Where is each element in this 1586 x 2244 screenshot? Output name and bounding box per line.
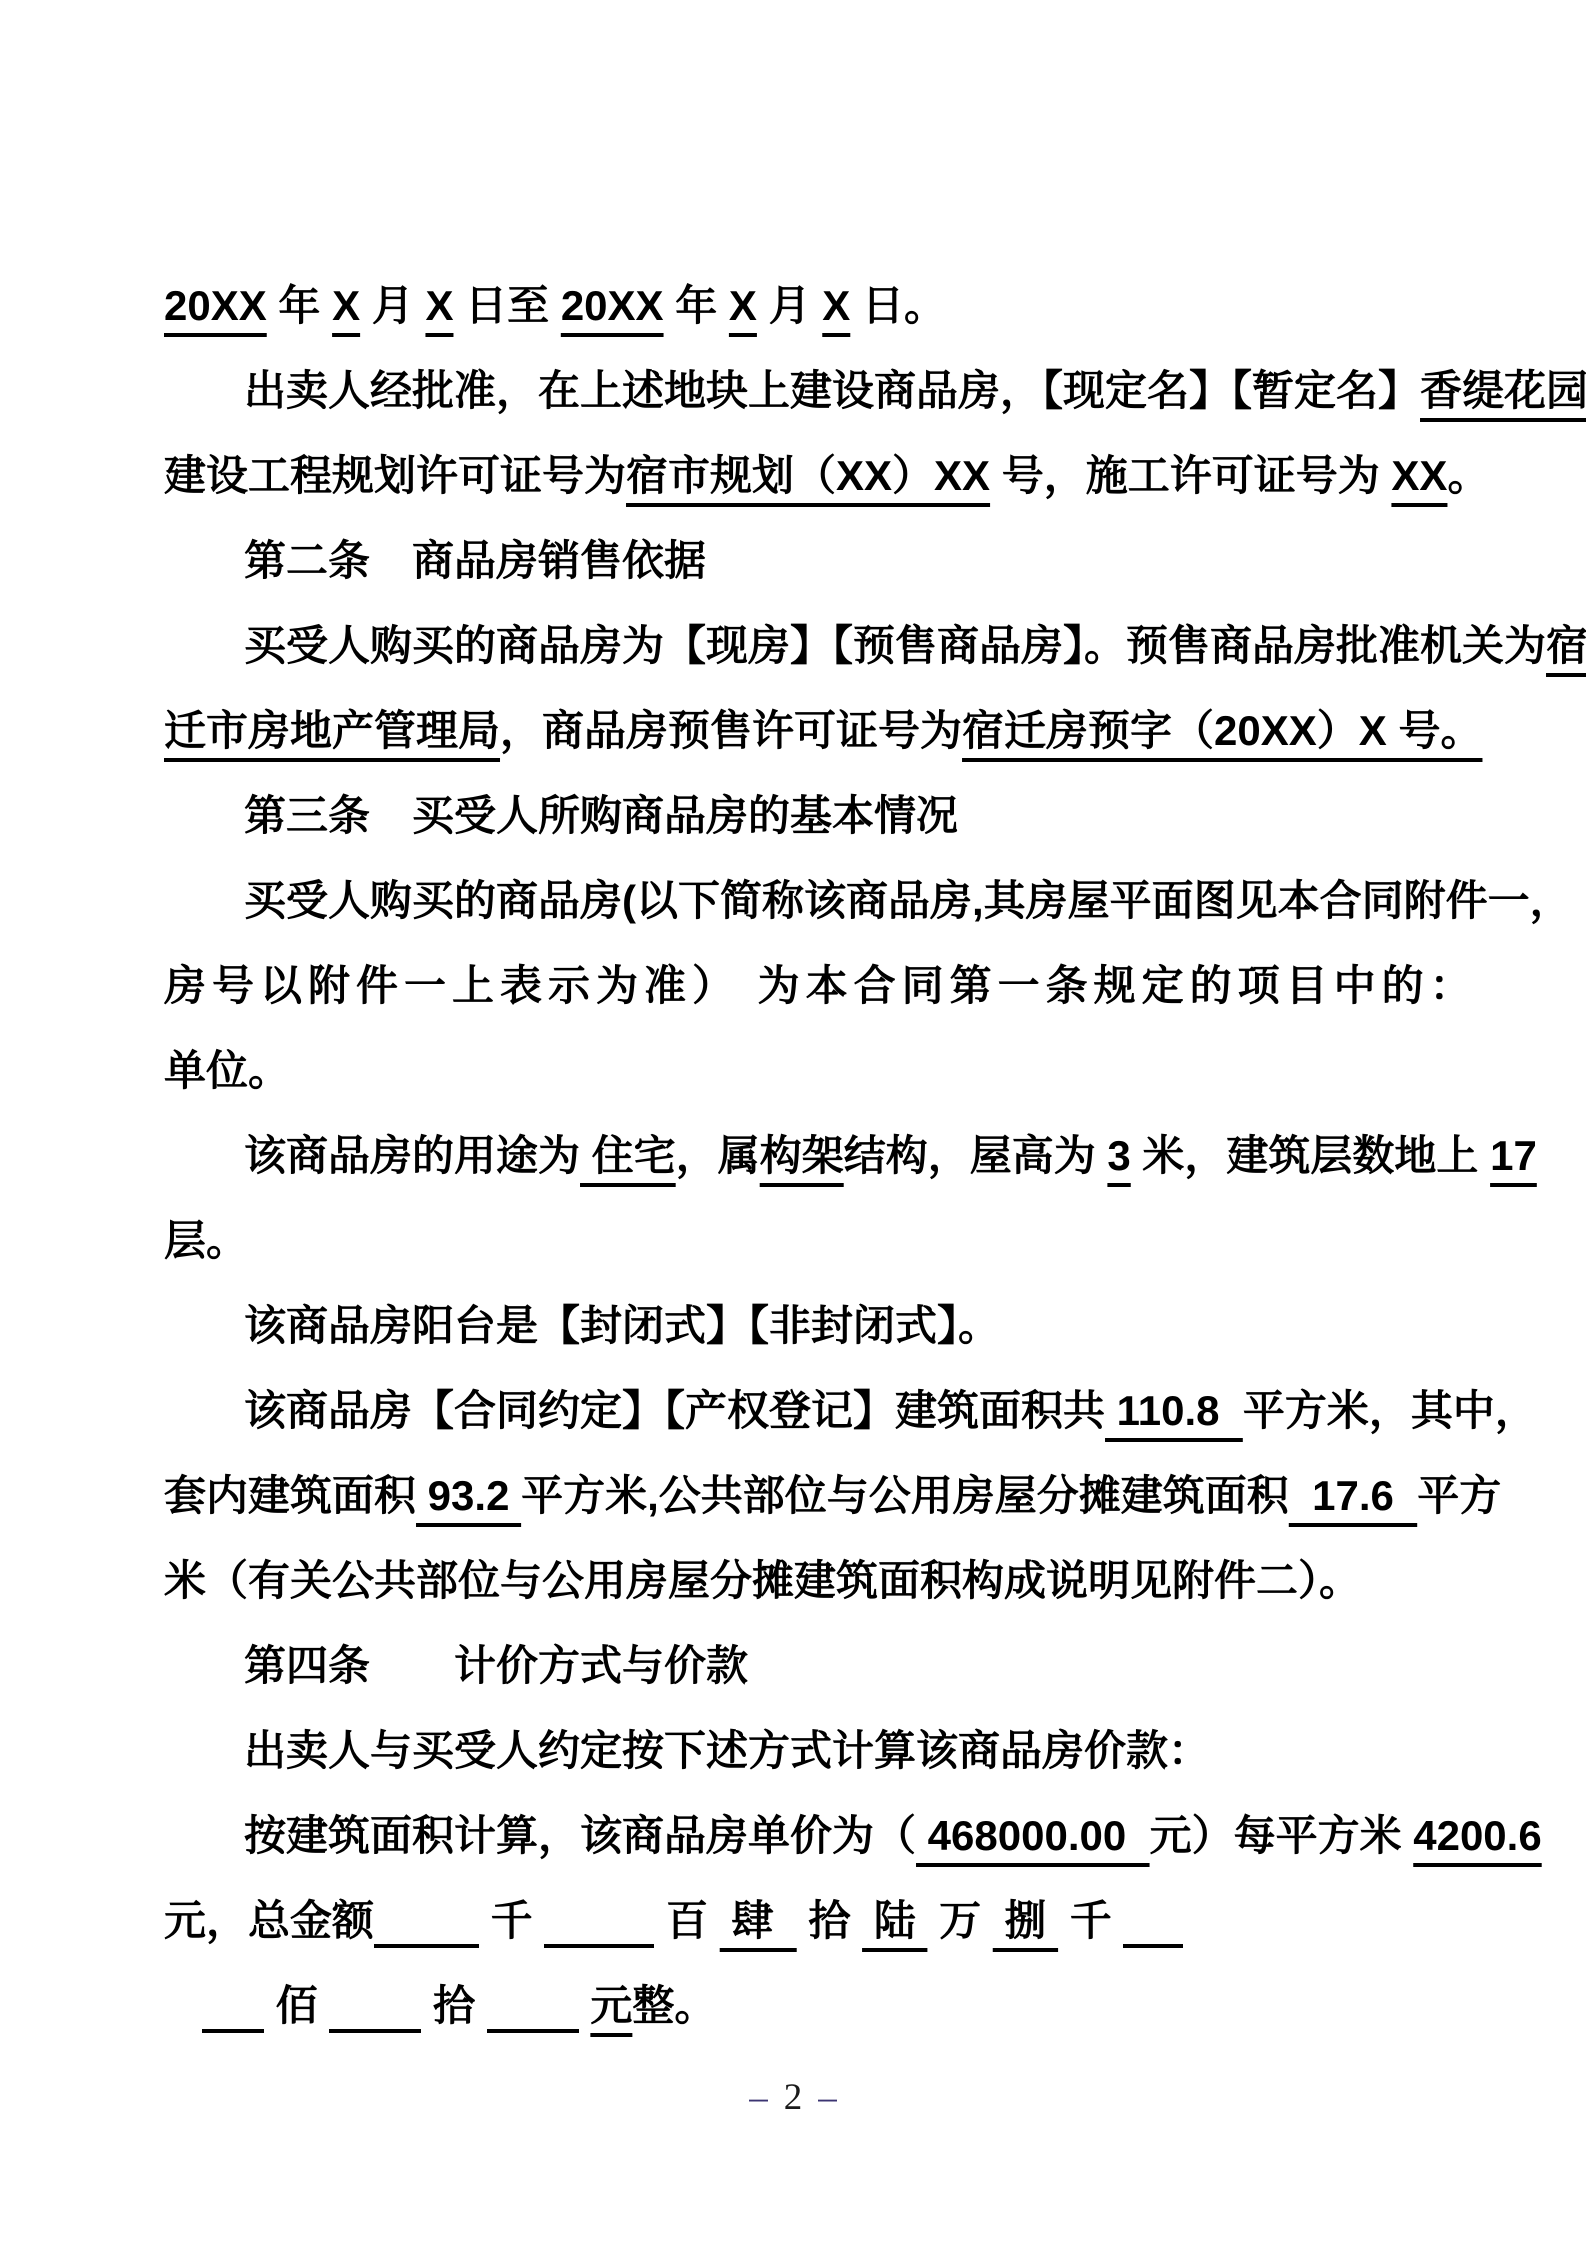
contract-page: 20XX 年 X 月 X 日至 20XX 年 X 月 X 日。出卖人经批准，在上… (0, 0, 1586, 2244)
text-run: 买受人购买的商品房(以下简称该商品房,其房屋平面图见本合同附件一， (244, 877, 1572, 924)
document-body: 20XX 年 X 月 X 日至 20XX 年 X 月 X 日。出卖人经批准，在上… (164, 263, 1426, 2048)
underlined-field: X (729, 282, 757, 329)
underlined-field: 93.2 (416, 1472, 521, 1519)
line-house-desc-2: 房号以附件一上表示为准） 为本合同第一条规定的项目中的： (164, 943, 1426, 1028)
text-run: 万 (927, 1897, 992, 1944)
line-presale-approval: 买受人购买的商品房为【现房】【预售商品房】。预售商品房批准机关为宿 (164, 603, 1426, 688)
underlined-field: 17 (1490, 1132, 1537, 1179)
underlined-field: 构架 (760, 1132, 844, 1179)
text-run: 拾 (421, 1982, 486, 2029)
line-total-amount-2: 佰 拾 元整。 (164, 1963, 1426, 2048)
text-run: 套内建筑面积 (164, 1472, 416, 1519)
underlined-field: 4200.6 (1413, 1812, 1541, 1859)
underlined-field: X (425, 282, 453, 329)
text-run: 百 (654, 1897, 719, 1944)
blank-underline-field (374, 1944, 479, 1948)
line-unit-price: 按建筑面积计算，该商品房单价为（ 468000.00 元）每平方米 4200.6 (164, 1793, 1426, 1878)
underlined-field: 20XX (164, 282, 267, 329)
underlined-field: 110.8 (1105, 1387, 1243, 1434)
underlined-field: 住宅 (580, 1132, 676, 1179)
text-run: 。 (1447, 452, 1489, 499)
underlined-field: 迁市房地产管理局 (164, 707, 500, 754)
underlined-field: 宿市规划（XX）XX (626, 452, 990, 499)
text-run: 平方米，其中， (1243, 1387, 1537, 1434)
underlined-field: 宿 (1546, 622, 1586, 669)
text-run: 年 (664, 282, 729, 329)
line-area-detail: 套内建筑面积 93.2 平方米,公共部位与公用房屋分摊建筑面积 17.6 平方 (164, 1453, 1426, 1538)
text-run: 月 (360, 282, 425, 329)
text-run: 米，建筑层数地上 (1131, 1132, 1490, 1179)
blank-underline-field (202, 2029, 264, 2033)
line-unit: 单位。 (164, 1028, 1426, 1113)
underlined-field: 元 (590, 1982, 632, 2029)
line-price-intro: 出卖人与买受人约定按下述方式计算该商品房价款： (164, 1708, 1426, 1793)
text-run: 米（有关公共部位与公用房屋分摊建筑面积构成说明见附件二）。 (164, 1557, 1361, 1604)
underlined-field: 17.6 (1289, 1472, 1417, 1519)
heading-article-2: 第二条 商品房销售依据 (164, 518, 1426, 603)
text-run: ，属 (676, 1132, 760, 1179)
page-number-value: 2 (784, 2077, 803, 2118)
text-run: 整。 (632, 1982, 716, 2029)
text-run: 第二条 商品房销售依据 (244, 537, 706, 584)
page-number-left-dash: – (749, 2077, 768, 2118)
underlined-field: 捌 (993, 1897, 1058, 1944)
text-run: 该商品房阳台是【封闭式】【非封闭式】。 (244, 1302, 1000, 1349)
line-area-total: 该商品房【合同约定】【产权登记】建筑面积共 110.8 平方米，其中， (164, 1368, 1426, 1453)
text-run: 号，施工许可证号为 (990, 452, 1391, 499)
underlined-field: X (822, 282, 850, 329)
text-run (579, 1982, 591, 2029)
text-run: 平方 (1417, 1472, 1501, 1519)
text-run: 买受人购买的商品房为【现房】【预售商品房】。预售商品房批准机关为 (244, 622, 1546, 669)
text-run: 该商品房【合同约定】【产权登记】建筑面积共 (244, 1387, 1105, 1434)
underlined-field: 3 (1107, 1132, 1130, 1179)
line-total-amount: 元，总金额 千 百 肆 拾 陆 万 捌 千 (164, 1878, 1426, 1963)
underlined-field: 20XX (561, 282, 664, 329)
text-run: 元，总金额 (164, 1897, 374, 1944)
heading-article-3: 第三条 买受人所购商品房的基本情况 (164, 773, 1426, 858)
text-run: 第三条 买受人所购商品房的基本情况 (244, 792, 958, 839)
text-run: 佰 (264, 1982, 329, 2029)
heading-article-4: 第四条 计价方式与价款 (164, 1623, 1426, 1708)
line-project-name: 出卖人经批准，在上述地块上建设商品房，【现定名】【暂定名】香缇花园。 (164, 348, 1426, 433)
text-run: 元）每平方米 (1150, 1812, 1414, 1859)
text-run: ，商品房预售许可证号为 (500, 707, 962, 754)
underlined-field: 468000.00 (916, 1812, 1150, 1859)
line-presale-permit: 迁市房地产管理局，商品房预售许可证号为宿迁房预字（20XX）X 号。 (164, 688, 1426, 773)
text-run: 月 (757, 282, 822, 329)
text-run: 建设工程规划许可证号为 (164, 452, 626, 499)
text-run: 该商品房的用途为 (244, 1132, 580, 1179)
text-run: 出卖人经批准，在上述地块上建设商品房，【现定名】【暂定名】 (244, 367, 1420, 414)
text-run: 日至 (453, 282, 560, 329)
blank-underline-field (487, 2029, 579, 2033)
text-run: 结构，屋高为 (844, 1132, 1108, 1179)
underlined-field: XX (1391, 452, 1447, 499)
line-usage: 该商品房的用途为 住宅，属构架结构，屋高为 3 米，建筑层数地上 17 (164, 1113, 1426, 1198)
underlined-field: 肆 (720, 1897, 797, 1944)
blank-underline-field (1123, 1944, 1183, 1948)
text-run: 拾 (797, 1897, 862, 1944)
line-permits: 建设工程规划许可证号为宿市规划（XX）XX 号，施工许可证号为 XX。 (164, 433, 1426, 518)
text-run: 房号以附件一上表示为准） 为本合同第一条规定的项目中的： (164, 962, 1478, 1009)
underlined-field: 香缇花园 (1420, 367, 1586, 414)
text-run: 日。 (850, 282, 946, 329)
line-floors: 层。 (164, 1198, 1426, 1283)
line-house-desc-1: 买受人购买的商品房(以下简称该商品房,其房屋平面图见本合同附件一， (164, 858, 1426, 943)
page-number-right-dash: – (818, 2077, 837, 2118)
blank-underline-field (329, 2029, 421, 2033)
text-run: 平方米,公共部位与公用房屋分摊建筑面积 (521, 1472, 1289, 1519)
text-run: 千 (1058, 1897, 1123, 1944)
text-run: 单位。 (164, 1047, 290, 1094)
text-run: 出卖人与买受人约定按下述方式计算该商品房价款： (244, 1727, 1210, 1774)
text-run: 按建筑面积计算，该商品房单价为（ (244, 1812, 916, 1859)
text-run: 层。 (164, 1217, 248, 1264)
line-area-note: 米（有关公共部位与公用房屋分摊建筑面积构成说明见附件二）。 (164, 1538, 1426, 1623)
underlined-field: 宿迁房预字（20XX）X 号。 (962, 707, 1482, 754)
blank-underline-field (544, 1944, 654, 1948)
line-validity-dates: 20XX 年 X 月 X 日至 20XX 年 X 月 X 日。 (164, 263, 1426, 348)
line-balcony: 该商品房阳台是【封闭式】【非封闭式】。 (164, 1283, 1426, 1368)
page-number: –2– (0, 2076, 1586, 2119)
underlined-field: 陆 (862, 1897, 927, 1944)
text-run: 年 (267, 282, 332, 329)
text-run: 第四条 计价方式与价款 (244, 1642, 748, 1689)
text-run: 千 (479, 1897, 544, 1944)
underlined-field: X (332, 282, 360, 329)
